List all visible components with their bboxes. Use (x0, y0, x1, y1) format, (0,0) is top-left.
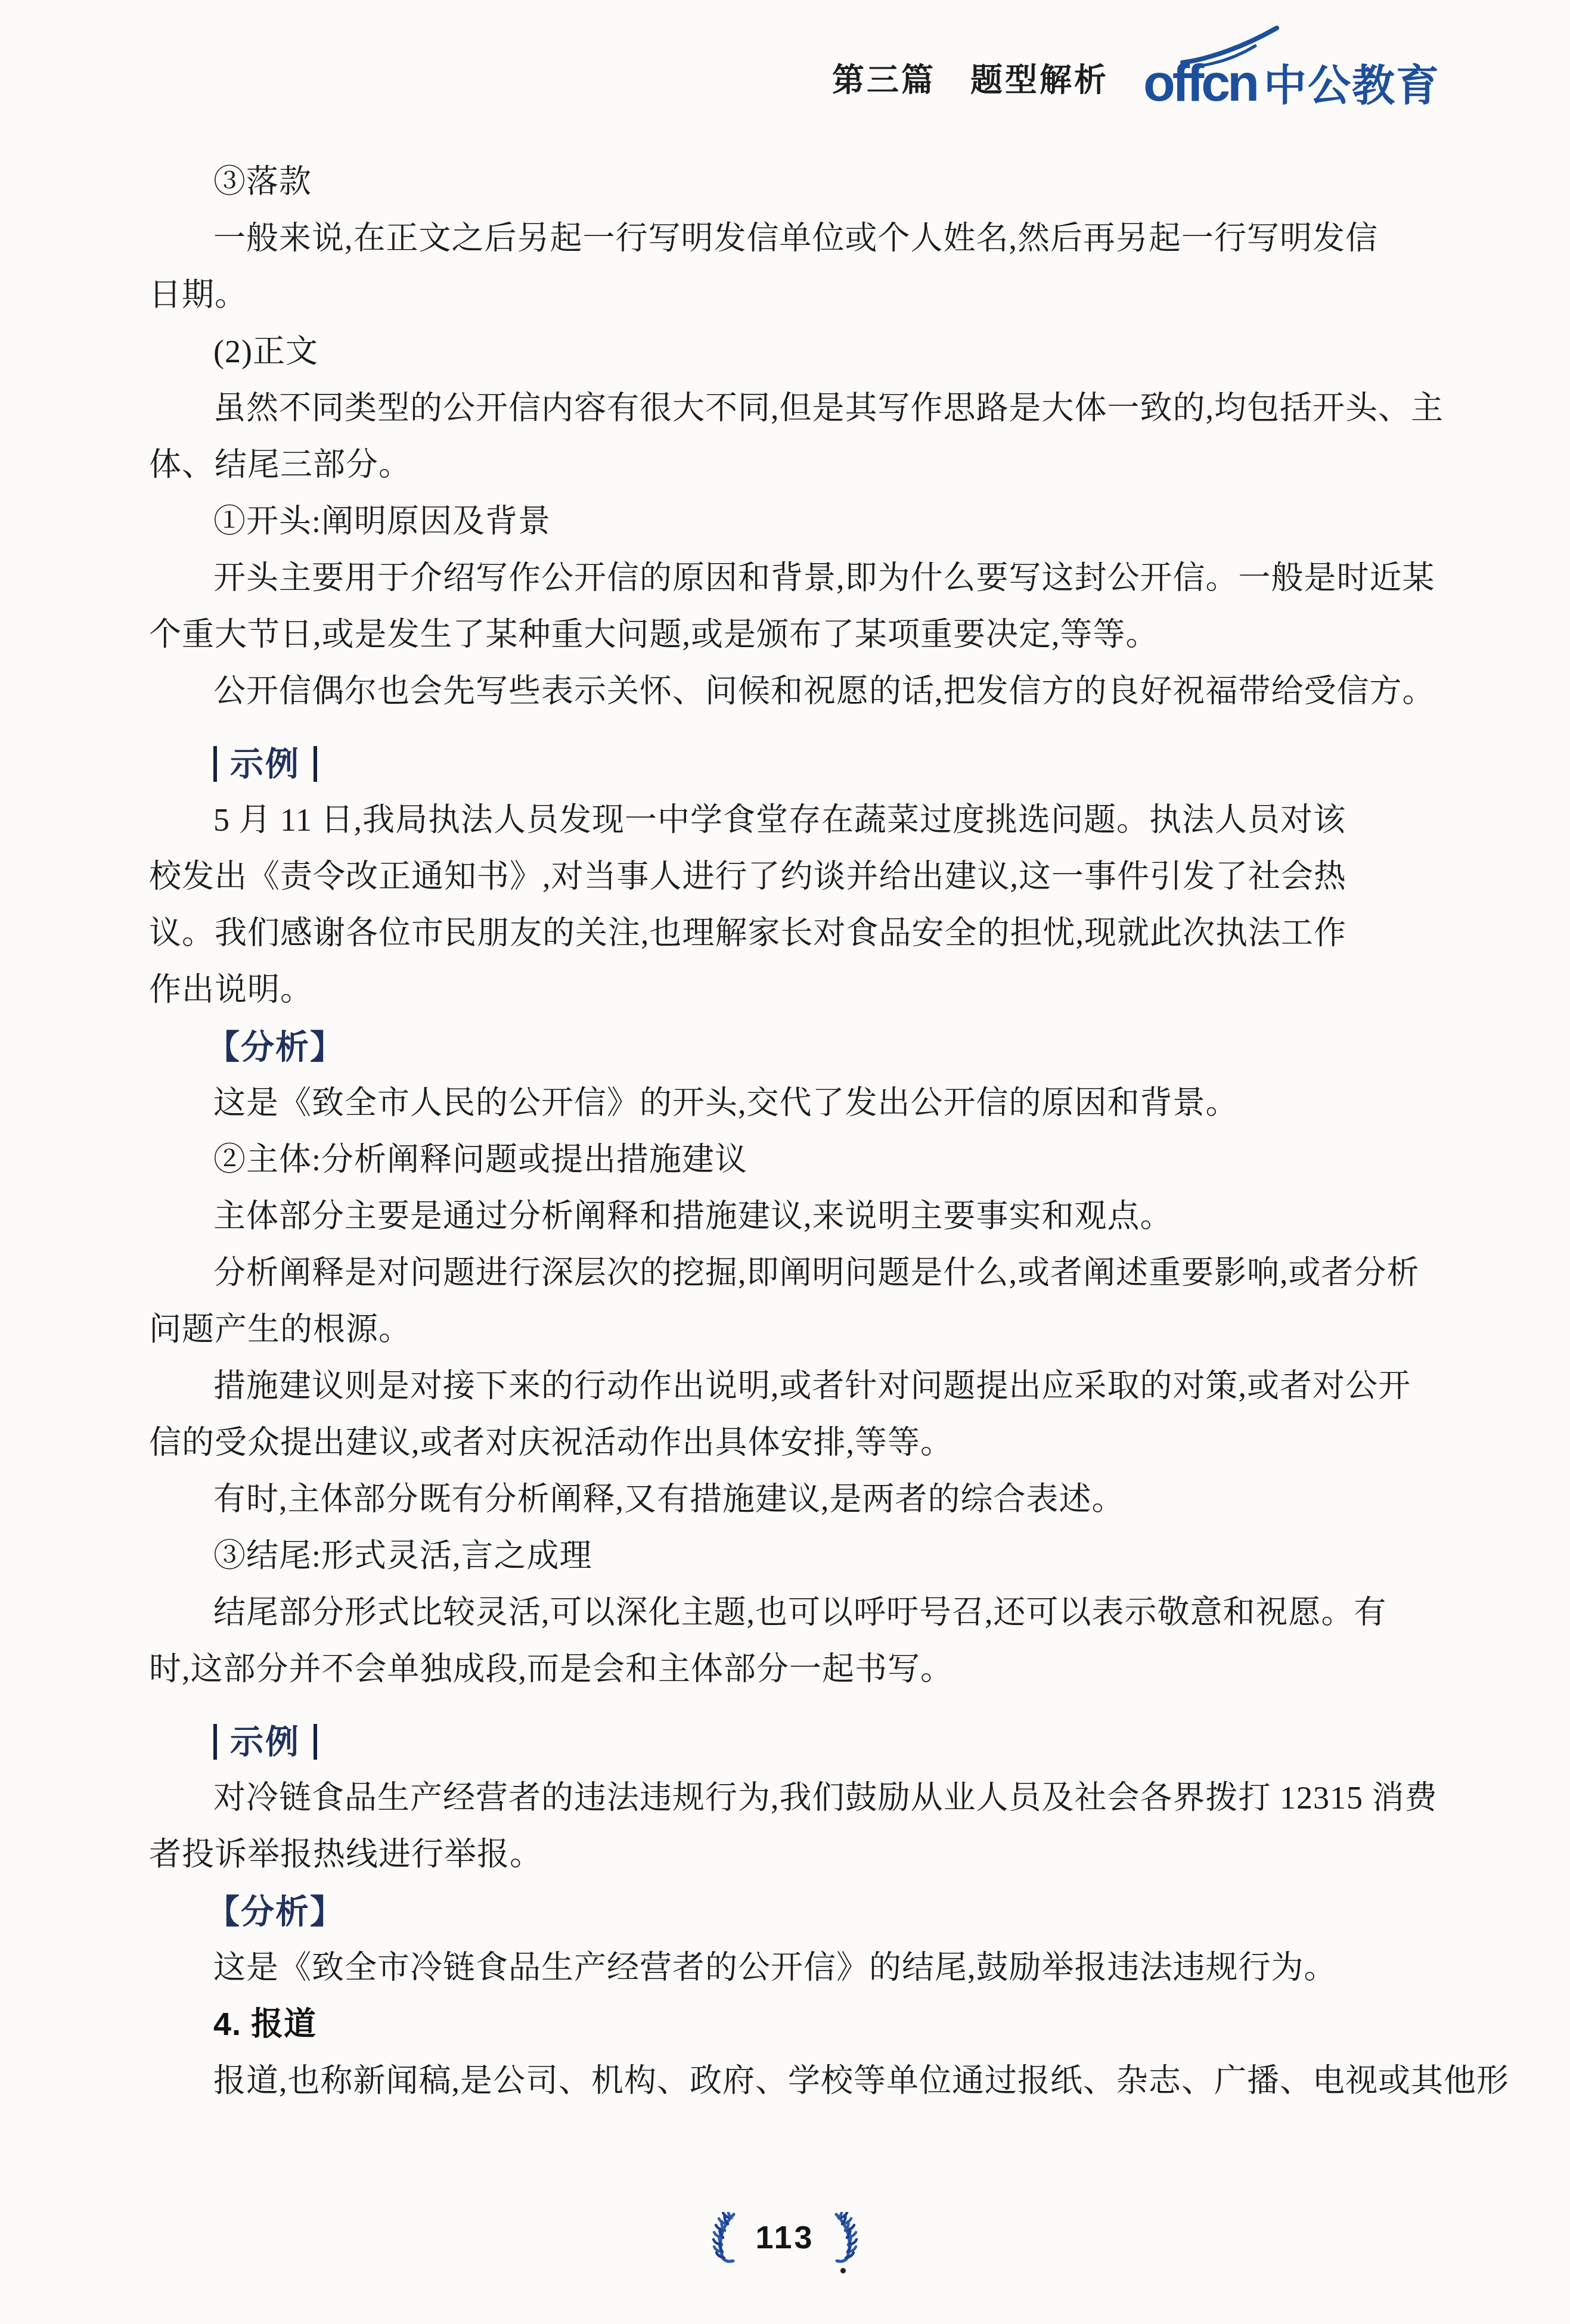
section-heading: 4. 报道 (149, 1996, 1448, 2053)
text-line: 一般来说,在正文之后另起一行写明发信单位或个人姓名,然后再另起一行写明发信 (149, 210, 1448, 267)
page-number: 113 (755, 2219, 814, 2256)
text-line: 作出说明。 (149, 962, 1448, 1018)
text-line: 体、结尾三部分。 (149, 437, 1448, 493)
laurel-left-icon (709, 2212, 740, 2263)
text-line: 开头主要用于介绍写作公开信的原因和背景,即为什么要写这封公开信。一般是时近某 (149, 550, 1448, 607)
label-left-bar (213, 746, 217, 782)
text-line: 时,这部分并不会单独成段,而是会和主体部分一起书写。 (149, 1641, 1448, 1698)
text-line: ③结尾:形式灵活,言之成理 (149, 1528, 1448, 1584)
text-line: 这是《致全市人民的公开信》的开头,交代了发出公开信的原因和背景。 (149, 1075, 1448, 1132)
example-label-text: 示例 (230, 735, 300, 792)
text-line: 报道,也称新闻稿,是公司、机构、政府、学校等单位通过报纸、杂志、广播、电视或其他… (149, 2053, 1448, 2109)
page-body: ③落款一般来说,在正文之后另起一行写明发信单位或个人姓名,然后再另起一行写明发信… (149, 154, 1448, 2109)
text-line: 对冷链食品生产经营者的违法违规行为,我们鼓励从业人员及社会各界拨打 12315 … (149, 1770, 1448, 1826)
text-line: 问题产生的根源。 (149, 1301, 1448, 1358)
text-line: 公开信偶尔也会先写些表示关怀、问候和祝愿的话,把发信方的良好祝福带给受信方。 (149, 663, 1448, 720)
offcn-logo-cjk: 中公教育 (1264, 64, 1440, 109)
book-page: 第三篇 题型解析 offcn 中公教育 ③落款一般来说,在正文之后另起一行写明发… (0, 0, 1570, 2324)
example-label: 示例 (149, 1713, 1448, 1770)
text-line: 者投诉举报热线进行举报。 (149, 1826, 1448, 1883)
laurel-right-icon (830, 2212, 861, 2263)
offcn-logo-latin: offcn (1143, 57, 1256, 109)
text-line: 虽然不同类型的公开信内容有很大不同,但是其写作思路是大体一致的,均包括开头、主 (149, 380, 1448, 437)
text-line: ②主体:分析阐释问题或提出措施建议 (149, 1132, 1448, 1188)
text-line: 分析阐释是对问题进行深层次的挖掘,即阐明问题是什么,或者阐述重要影响,或者分析 (149, 1245, 1448, 1301)
text-line: 主体部分主要是通过分析阐释和措施建议,来说明主要事实和观点。 (149, 1188, 1448, 1245)
text-line: (2)正文 (149, 324, 1448, 380)
section-title: 第三篇 题型解析 (832, 55, 1109, 101)
text-line: ③落款 (149, 154, 1448, 210)
label-right-bar (314, 746, 317, 782)
analysis-label: 【分析】 (149, 1018, 1448, 1075)
offcn-logo: offcn 中公教育 (1143, 57, 1440, 109)
print-dot-artifact (840, 2268, 846, 2273)
text-line: 5 月 11 日,我局执法人员发现一中学食堂存在蔬菜过度挑选问题。执法人员对该 (149, 792, 1448, 849)
text-line: 这是《致全市冷链食品生产经营者的公开信》的结尾,鼓励举报违法违规行为。 (149, 1940, 1448, 1996)
text-line: 日期。 (149, 267, 1448, 324)
text-line: 个重大节日,或是发生了某种重大问题,或是颁布了某项重要决定,等等。 (149, 607, 1448, 663)
page-footer: 113 (0, 2212, 1570, 2263)
example-label-text: 示例 (230, 1713, 300, 1770)
example-label: 示例 (149, 735, 1448, 792)
text-line: 有时,主体部分既有分析阐释,又有措施建议,是两者的综合表述。 (149, 1471, 1448, 1528)
page-header: 第三篇 题型解析 offcn 中公教育 (832, 55, 1440, 109)
text-line: 信的受众提出建议,或者对庆祝活动作出具体安排,等等。 (149, 1415, 1448, 1471)
label-left-bar (213, 1724, 217, 1760)
text-line: 校发出《责令改正通知书》,对当事人进行了约谈并给出建议,这一事件引发了社会热 (149, 849, 1448, 905)
text-line: 议。我们感谢各位市民朋友的关注,也理解家长对食品安全的担忧,现就此次执法工作 (149, 905, 1448, 962)
text-line: 结尾部分形式比较灵活,可以深化主题,也可以呼吁号召,还可以表示敬意和祝愿。有 (149, 1584, 1448, 1641)
text-line: 措施建议则是对接下来的行动作出说明,或者针对问题提出应采取的对策,或者对公开 (149, 1358, 1448, 1415)
label-right-bar (314, 1724, 317, 1760)
text-line: ①开头:阐明原因及背景 (149, 493, 1448, 550)
analysis-label: 【分析】 (149, 1883, 1448, 1940)
